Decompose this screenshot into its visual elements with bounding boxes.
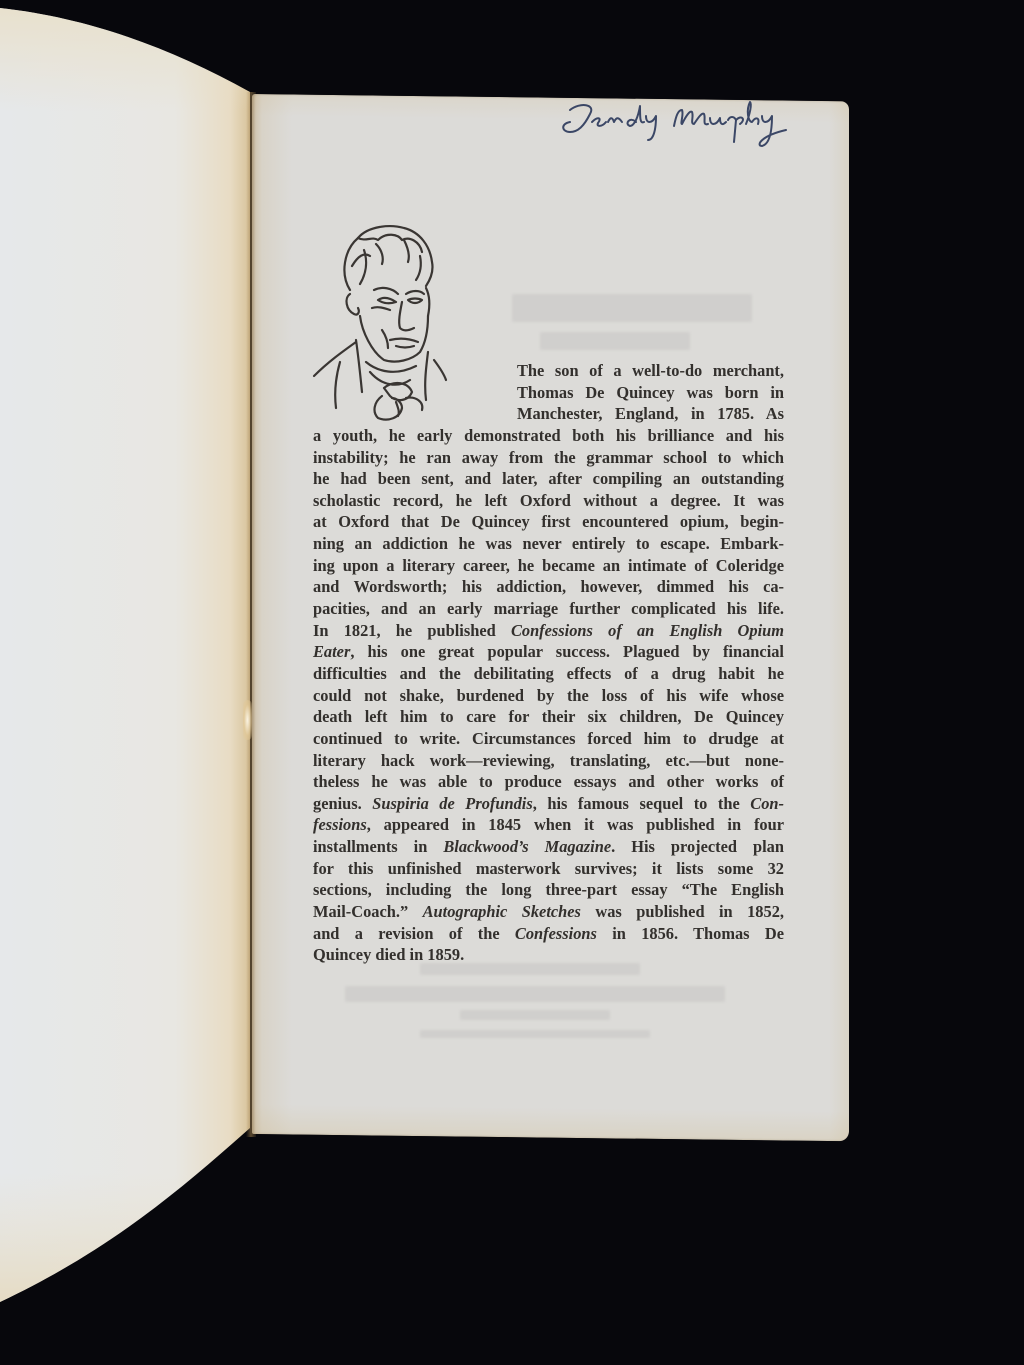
bio-text-segment: installments in — [313, 837, 443, 856]
bio-line: ing upon a literary career, he became an… — [313, 555, 784, 577]
bio-italic-title: Confessions — [515, 924, 597, 943]
bio-text-segment: Mail-Coach.” — [313, 902, 423, 921]
bio-text-segment: could not shake, burdened by the loss of… — [313, 686, 784, 705]
bio-text-segment: , his one great popular success. Plagued… — [350, 642, 784, 661]
show-through-title — [512, 294, 752, 322]
bio-text-segment: in 1856. Thomas De — [597, 924, 784, 943]
bio-line: at Oxford that De Quincey first encounte… — [313, 511, 784, 533]
bio-text-segment: sections, including the long three-part … — [313, 880, 784, 899]
bio-text-segment: he had been sent, and later, after compi… — [313, 469, 784, 488]
bio-line: The son of a well-to-do merchant, — [313, 360, 784, 382]
bio-text-segment: was published in 1852, — [581, 902, 784, 921]
bio-line: literary hack work—reviewing, translatin… — [313, 750, 784, 772]
show-through-imprint-4 — [420, 1030, 650, 1038]
bio-italic-title: fessions — [313, 815, 367, 834]
show-through-imprint-2 — [345, 986, 725, 1002]
bio-line: death left him to care for their six chi… — [313, 706, 784, 728]
bio-line: Mail-Coach.” Autographic Sketches was pu… — [313, 901, 784, 923]
bio-italic-title: Eater — [313, 642, 350, 661]
left-page — [0, 0, 256, 1365]
bio-line: theless he was able to produce essays an… — [313, 771, 784, 793]
bio-line: Manchester, England, in 1785. As — [313, 403, 784, 425]
bio-text-segment: death left him to care for their six chi… — [313, 707, 784, 726]
bio-italic-title: Suspiria de Profundis — [372, 794, 532, 813]
bio-text-segment: , his famous sequel to the — [533, 794, 751, 813]
bio-italic-title: Confessions of an English Opium — [511, 621, 784, 640]
bio-line: he had been sent, and later, after compi… — [313, 468, 784, 490]
bio-text-segment: pacities, and an early marriage further … — [313, 599, 784, 618]
bio-text-segment: literary hack work—reviewing, translatin… — [313, 751, 784, 770]
author-biography: The son of a well-to-do merchant,Thomas … — [313, 360, 784, 966]
bio-text-segment: Manchester, England, in 1785. As — [517, 404, 784, 423]
bio-text-segment: In 1821, he published — [313, 621, 511, 640]
bio-line: difficulties and the debilitating effect… — [313, 663, 784, 685]
bio-line: a youth, he early demonstrated both his … — [313, 425, 784, 447]
bio-text-segment: a youth, he early demonstrated both his … — [313, 426, 784, 445]
bio-line: sections, including the long three-part … — [313, 879, 784, 901]
bio-text-segment: for this unfinished masterwork survives;… — [313, 859, 784, 878]
bio-line: installments in Blackwood’s Magazine. Hi… — [313, 836, 784, 858]
bio-line: genius. Suspiria de Profundis, his famou… — [313, 793, 784, 815]
bio-line: scholastic record, he left Oxford withou… — [313, 490, 784, 512]
bio-line: Thomas De Quincey was born in — [313, 382, 784, 404]
bio-text-segment: . His projected plan — [611, 837, 784, 856]
bio-text-segment: ning an addiction he was never entirely … — [313, 534, 784, 553]
bio-text-segment: at Oxford that De Quincey first encounte… — [313, 512, 784, 531]
bio-line: ning an addiction he was never entirely … — [313, 533, 784, 555]
bio-text-segment: difficulties and the debilitating effect… — [313, 664, 784, 683]
bio-text-segment: and a revision of the — [313, 924, 515, 943]
bio-line: Quincey died in 1859. — [313, 944, 784, 966]
bio-text-segment: genius. — [313, 794, 372, 813]
bio-line: Eater, his one great popular success. Pl… — [313, 641, 784, 663]
bio-line: could not shake, burdened by the loss of… — [313, 685, 784, 707]
photo-scene: Jendy Murphy — [0, 0, 1024, 1365]
bio-line: for this unfinished masterwork survives;… — [313, 858, 784, 880]
bio-line: and Wordsworth; his addiction, however, … — [313, 576, 784, 598]
bio-line: continued to write. Circumstances forced… — [313, 728, 784, 750]
bio-italic-title: Autographic Sketches — [423, 902, 581, 921]
show-through-imprint-3 — [460, 1010, 610, 1020]
bio-text-segment: scholastic record, he left Oxford withou… — [313, 491, 784, 510]
bio-italic-title: Blackwood’s Magazine — [443, 837, 611, 856]
bio-line: pacities, and an early marriage further … — [313, 598, 784, 620]
bio-text-segment: continued to write. Circumstances forced… — [313, 729, 784, 748]
bio-text-segment: , appeared in 1845 when it was published… — [367, 815, 784, 834]
bio-text-segment: The son of a well-to-do merchant, — [517, 361, 784, 380]
bio-text-segment: theless he was able to produce essays an… — [313, 772, 784, 791]
bio-text-segment: instability; he ran away from the gramma… — [313, 448, 784, 467]
binding-glue-spot — [243, 700, 252, 740]
bio-line: In 1821, he published Confessions of an … — [313, 620, 784, 642]
left-page-surface — [0, 0, 256, 1365]
bio-text-segment: and Wordsworth; his addiction, however, … — [313, 577, 784, 596]
handwritten-signature: Jendy Murphy — [556, 96, 796, 156]
show-through-subtitle — [540, 332, 690, 350]
bio-text-segment: Thomas De Quincey was born in — [517, 383, 784, 402]
bio-text-segment: ing upon a literary career, he became an… — [313, 556, 784, 575]
bio-italic-title: Con- — [750, 794, 784, 813]
bio-line: fessions, appeared in 1845 when it was p… — [313, 814, 784, 836]
bio-line: and a revision of the Confessions in 185… — [313, 923, 784, 945]
bio-text-segment: Quincey died in 1859. — [313, 945, 464, 964]
bio-line: instability; he ran away from the gramma… — [313, 447, 784, 469]
